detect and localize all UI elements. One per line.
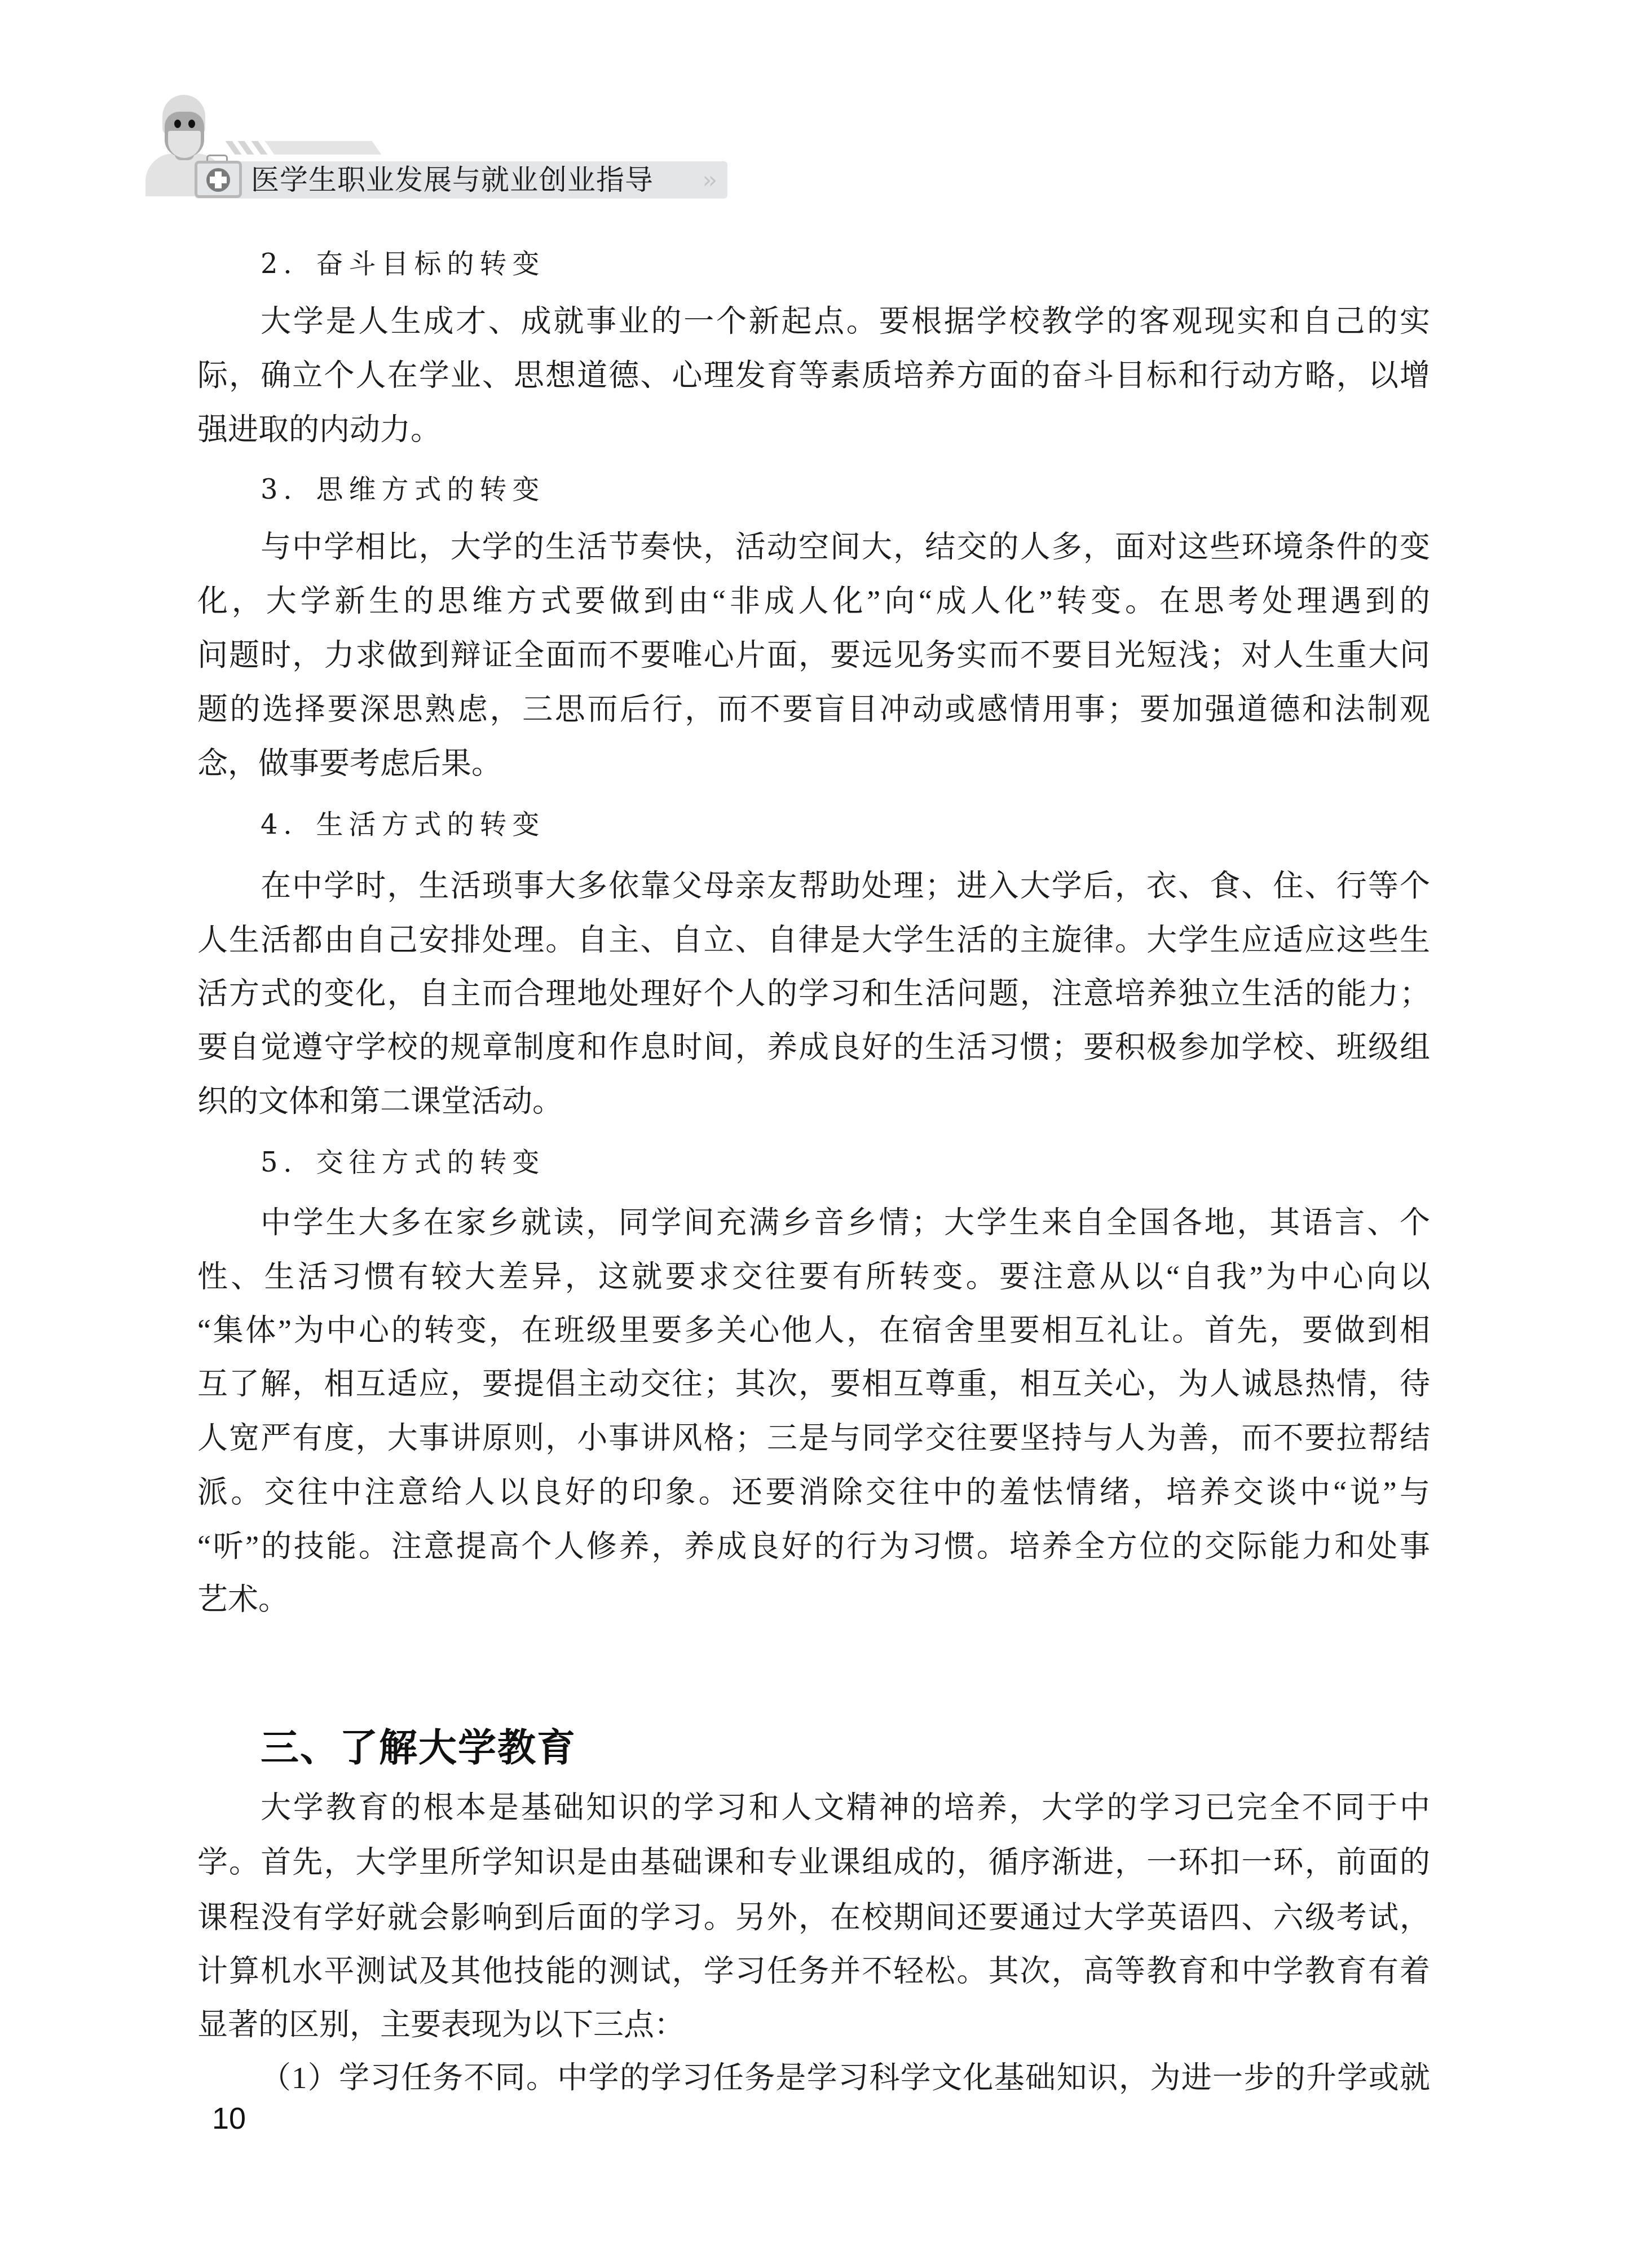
subsection-heading: 4．生活方式的转变 (261, 798, 545, 852)
paragraph-line: 在中学时，生活琐事大多依靠父母亲友帮助处理；进入大学后，衣、食、住、行等个 (261, 859, 1430, 913)
paragraph-line: 织的文体和第二课堂活动。 (197, 1074, 1430, 1129)
book-title: 医学生职业发展与就业创业指导 (251, 162, 654, 197)
paragraph-line: 人生活都由自己安排处理。自主、自立、自律是大学生活的主旋律。大学生应适应这些生 (197, 913, 1430, 967)
paragraph-line: 显著的区别，主要表现为以下三点： (197, 1998, 1430, 2052)
paragraph-line: 人宽严有度，大事讲原则，小事讲风格；三是与同学交往要坚持与人为善，而不要拉帮结 (197, 1411, 1430, 1465)
list-item: （1）学习任务不同。中学的学习任务是学习科学文化基础知识，为进一步的升学或就 (261, 2051, 1430, 2105)
paragraph-line: 课程没有学好就会影响到后面的学习。另外，在校期间还要通过大学英语四、六级考试， (197, 1891, 1430, 1945)
subsection-heading: 2．奋斗目标的转变 (261, 237, 545, 291)
paragraph-line: 计算机水平测试及其他技能的测试，学习任务并不轻松。其次，高等教育和中学教育有着 (197, 1944, 1430, 1998)
page-number: 10 (212, 2100, 246, 2137)
paragraph-line: 际，确立个人在学业、思想道德、心理发育等素质培养方面的奋斗目标和行动方略，以增 (197, 349, 1430, 403)
paragraph-line: “听”的技能。注意提高个人修养，养成良好的行为习惯。培养全方位的交际能力和处事 (197, 1520, 1430, 1574)
paragraph-line: 大学教育的根本是基础知识的学习和人文精神的培养，大学的学习已完全不同于中 (261, 1781, 1430, 1835)
book-page: 医学生职业发展与就业创业指导 ›› 2．奋斗目标的转变 大学是人生成才、成就事业… (0, 0, 1628, 2268)
subsection-heading: 3．思维方式的转变 (261, 463, 545, 517)
paragraph-line: “集体”为中心的转变，在班级里要多关心他人，在宿舍里要相互礼让。首先，要做到相 (197, 1303, 1430, 1358)
paragraph-line: 化，大学新生的思维方式要做到由“非成人化”向“成人化”转变。在思考处理遇到的 (197, 574, 1430, 628)
paragraph-line: 念，做事要考虑后果。 (197, 737, 1430, 791)
section-heading: 三、了解大学教育 (261, 1717, 576, 1779)
paragraph-line: 互了解，相互适应，要提倡主动交往；其次，要相互尊重，相互关心，为人诚恳热情，待 (197, 1357, 1430, 1411)
paragraph-line: 学。首先，大学里所学知识是由基础课和专业课组成的，循序渐进，一环扣一环，前面的 (197, 1835, 1430, 1890)
subsection-heading: 5．交往方式的转变 (261, 1135, 545, 1190)
paragraph-line: 题的选择要深思熟虑，三思而后行，而不要盲目冲动或感情用事；要加强道德和法制观 (197, 682, 1430, 737)
paragraph-line: 要自觉遵守学校的规章制度和作息时间，养成良好的生活习惯；要积极参加学校、班级组 (197, 1020, 1430, 1074)
running-header: 医学生职业发展与就业创业指导 ›› (141, 85, 739, 209)
paragraph-line: 中学生大多在家乡就读，同学间充满乡音乡情；大学生来自全国各地，其语言、个 (261, 1196, 1430, 1250)
paragraph-line: 性、生活习惯有较大差异，这就要求交往要有所转变。要注意从以“自我”为中心向以 (197, 1250, 1430, 1304)
paragraph-line: 问题时，力求做到辩证全面而不要唯心片面，要远见务实而不要目光短浅；对人生重大问 (197, 628, 1430, 682)
paragraph-line: 大学是人生成才、成就事业的一个新起点。要根据学校教学的客观现实和自己的实 (261, 294, 1430, 349)
paragraph-line: 艺术。 (197, 1573, 1430, 1627)
double-chevron-right-icon: ›› (703, 168, 714, 193)
paragraph-line: 与中学相比，大学的生活节奏快，活动空间大，结交的人多，面对这些环境条件的变 (261, 520, 1430, 574)
paragraph-line: 强进取的内动力。 (197, 403, 1430, 457)
paragraph-line: 派。交往中注意给人以良好的印象。还要消除交往中的羞怯情绪，培养交谈中“说”与 (197, 1465, 1430, 1520)
paragraph-line: 活方式的变化，自主而合理地处理好个人的学习和生活问题，注意培养独立生活的能力； (197, 967, 1430, 1021)
